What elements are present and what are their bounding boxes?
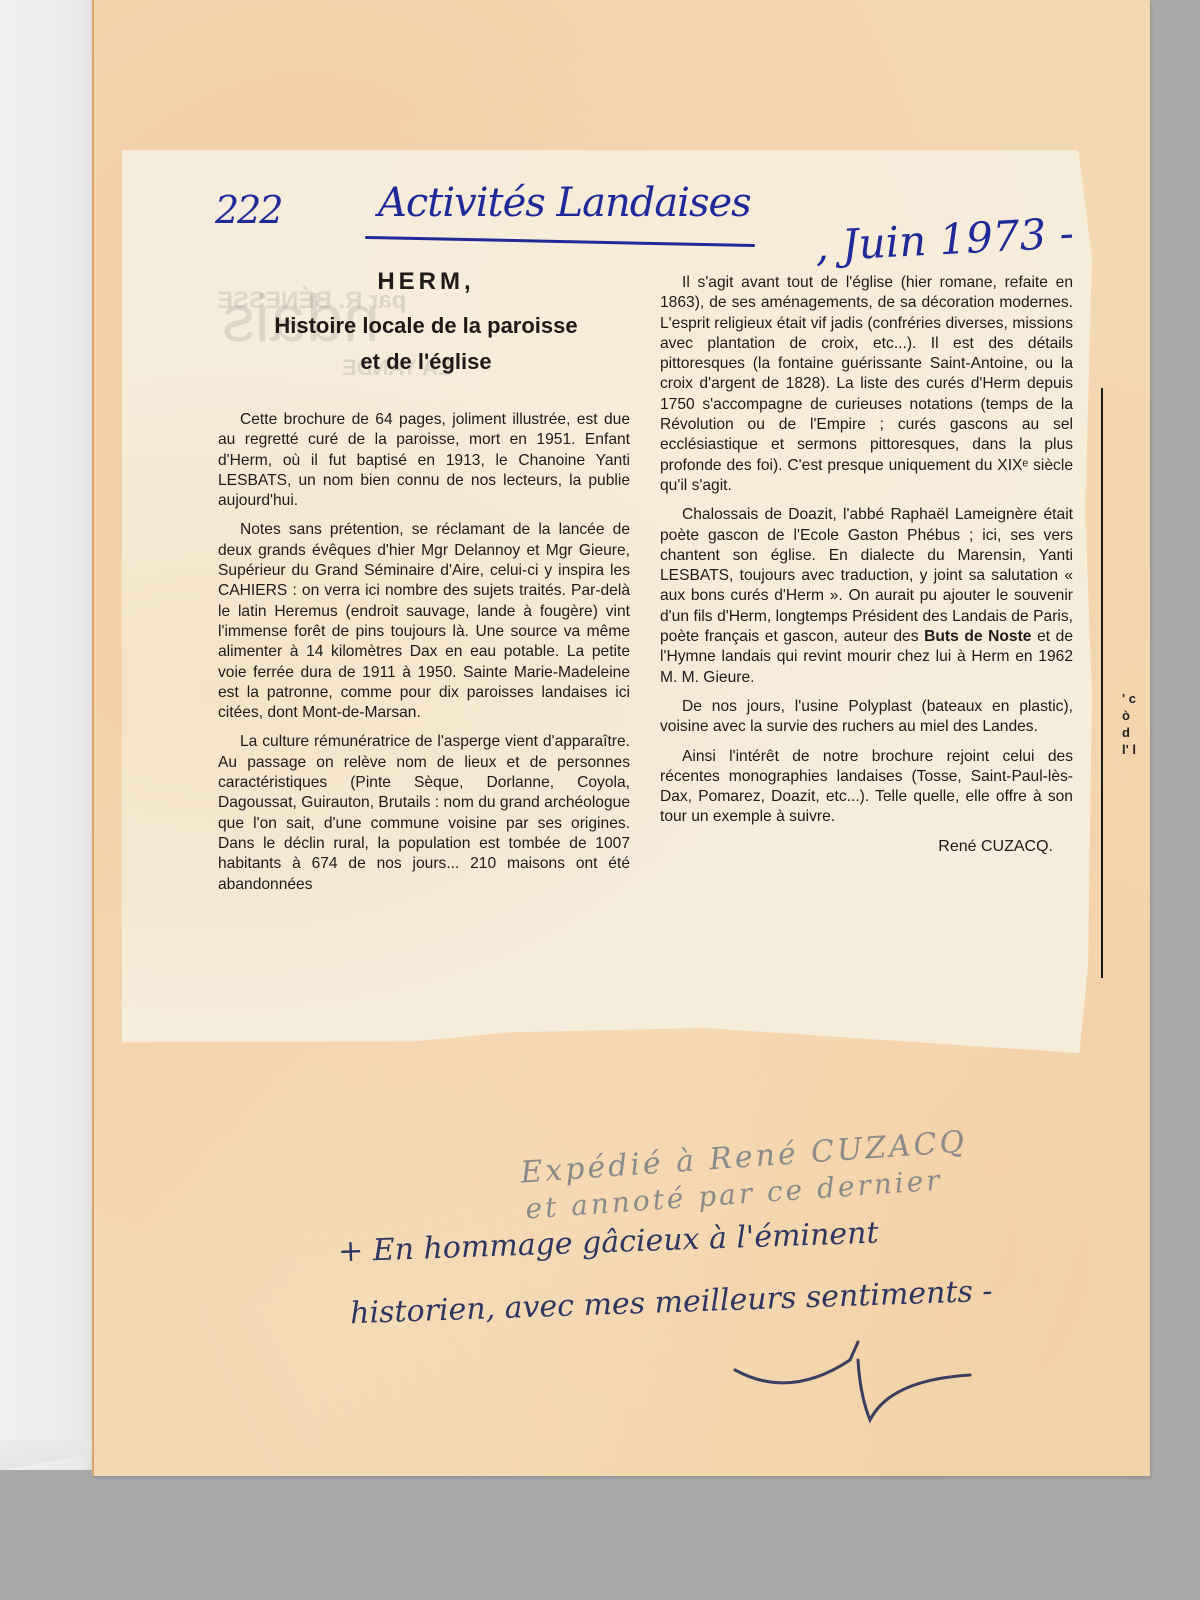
paragraph: Notes sans prétention, se réclamant de l… xyxy=(218,520,630,723)
paragraph: Ainsi l'intérêt de notre brochure rejoin… xyxy=(660,747,1073,828)
handwritten-publication-name: Activités Landaises xyxy=(378,180,751,226)
cut-off-text-fragment: ' c ò d l' l xyxy=(1122,690,1136,758)
author-signature: René CUZACQ. xyxy=(660,837,1073,857)
handwritten-signature-icon xyxy=(730,1340,990,1430)
handwritten-page-number: 222 xyxy=(215,188,282,232)
article-headline: HERM, Histoire locale de la paroisse et … xyxy=(212,268,640,380)
article-left-column: Cette brochure de 64 pages, joliment ill… xyxy=(218,410,630,904)
column-rule xyxy=(1101,388,1103,978)
article-right-column: Il s'agit avant tout de l'église (hier r… xyxy=(660,273,1073,857)
article-subtitle-line-1: Histoire locale de la paroisse xyxy=(212,308,640,344)
paragraph: La culture rémunératrice de l'asperge vi… xyxy=(218,732,630,894)
paragraph: Chalossais de Doazit, l'abbé Raphaël Lam… xyxy=(660,505,1073,688)
article-subtitle-line-2: et de l'église xyxy=(212,344,640,380)
facing-page xyxy=(0,0,100,1470)
paragraph: De nos jours, l'usine Polyplast (bateaux… xyxy=(660,697,1073,738)
book-title-bold: Buts de Noste xyxy=(924,628,1031,645)
article-title: HERM, xyxy=(212,268,640,296)
paragraph: Cette brochure de 64 pages, joliment ill… xyxy=(218,410,630,511)
paragraph: Il s'agit avant tout de l'église (hier r… xyxy=(660,273,1073,496)
paragraph-text: Chalossais de Doazit, l'abbé Raphaël Lam… xyxy=(660,506,1073,645)
